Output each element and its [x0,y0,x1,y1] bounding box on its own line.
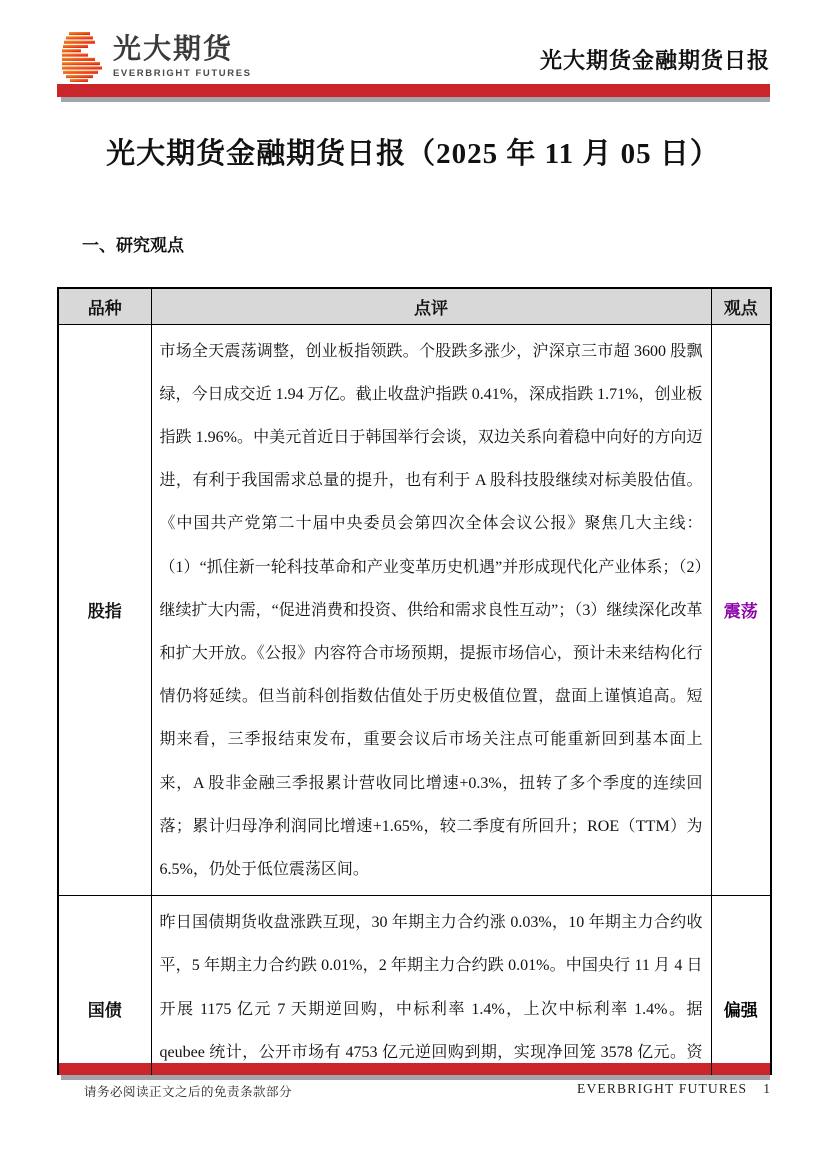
table-row-treasury-bond: 国债 昨日国债期货收盘涨跌互现，30 年期主力合约涨 0.03%，10 年期主力… [58,896,771,1075]
view-badge: 偏强 [711,896,771,1075]
footer-brand-name: EVERBRIGHT FUTURES [577,1081,747,1096]
everbright-logo-icon [62,32,104,82]
company-logo: 光大期货 EVERBRIGHT FUTURES [62,32,252,82]
header-rule-bar [57,84,770,97]
page-title: 光大期货金融期货日报（2025 年 11 月 05 日） [0,131,826,172]
report-page: 光大期货 EVERBRIGHT FUTURES 光大期货金融期货日报 光大期货金… [0,0,826,1169]
header-rule [57,84,770,102]
research-views-table: 品种 点评 观点 股指 市场全天震荡调整，创业板指领跌。个股跌多涨少，沪深京三市… [57,287,772,1075]
footer-disclaimer: 请务必阅读正文之后的免责条款部分 [84,1082,292,1100]
column-header-view: 观点 [711,288,771,324]
variety-label: 股指 [58,324,151,896]
comment-text: 市场全天震荡调整，创业板指领跌。个股跌多涨少，沪深京三市超 3600 股飘绿，今… [151,324,711,896]
variety-label: 国债 [58,896,151,1075]
logo-company-name: 光大期货 [113,34,252,65]
header-rule-shadow [61,97,770,102]
footer-rule-shadow [61,1075,770,1080]
page-number: 1 [763,1081,770,1096]
column-header-variety: 品种 [58,288,151,324]
section-heading-research-views: 一、研究观点 [82,231,184,256]
table-row-stock-index: 股指 市场全天震荡调整，创业板指领跌。个股跌多涨少，沪深京三市超 3600 股飘… [58,324,771,896]
comment-text: 昨日国债期货收盘涨跌互现，30 年期主力合约涨 0.03%，10 年期主力合约收… [151,896,711,1075]
research-views-table-wrap: 品种 点评 观点 股指 市场全天震荡调整，创业板指领跌。个股跌多涨少，沪深京三市… [57,287,772,1075]
logo-company-name-en: EVERBRIGHT FUTURES [113,68,252,79]
view-badge: 震荡 [711,324,771,896]
table-header-row: 品种 点评 观点 [58,288,771,324]
column-header-comment: 点评 [151,288,711,324]
header-report-name: 光大期货金融期货日报 [540,44,770,75]
footer-brand: EVERBRIGHT FUTURES1 [577,1081,770,1097]
